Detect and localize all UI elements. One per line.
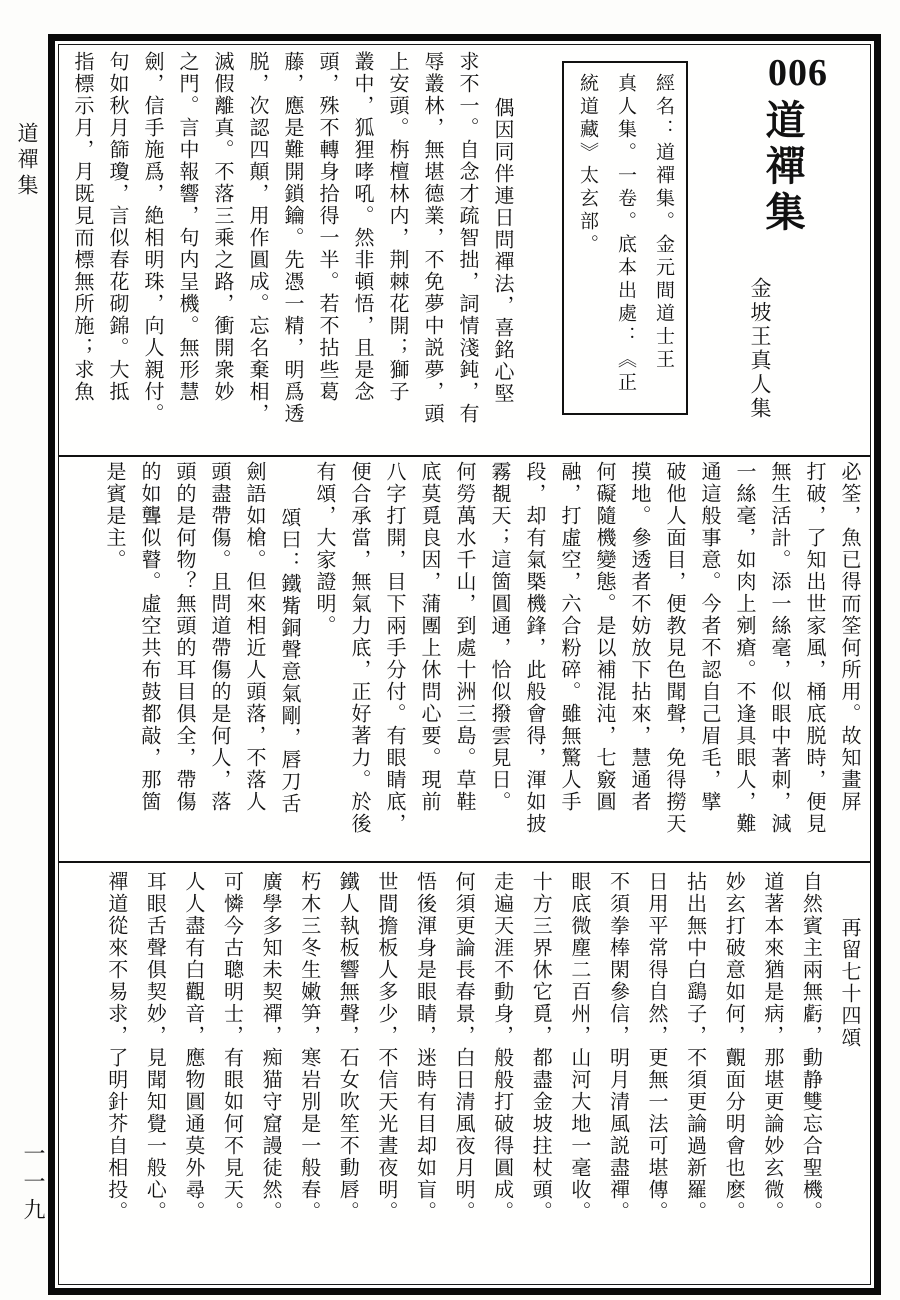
text-column: 再留七十四頌 [827,871,866,1255]
text-column: 廣學多知未契禪，痴猫守窟謾徒然。 [249,871,288,1255]
text-column: 指標示月，月既見而標無所施；求魚 [64,51,99,451]
text-column: 八字打開，目下兩手分付。有眼睛底， [376,461,411,861]
body-text-columns: 必筌，魚已得而筌何所用。故知畫屏打破，了知出世家風，桶底脱時，便見無生活計。添一… [94,461,866,861]
text-column: 摸地。參透者不妨放下拈來，慧通者 [621,461,656,861]
title-block: 006 道禪集 [762,51,834,237]
colophon-columns: 經名：道禪集。金元間道士王真人集。一卷。底本出處：《正統道藏》太玄部。 [568,73,682,403]
text-column: 頭的是何物？無頭的耳目俱全，帶傷 [166,461,201,861]
text-column: 脱，次認四顛，用作圓成。忘名棄相， [239,51,274,451]
text-column: 有頌，大家證明。 [306,461,341,861]
page-content: 006 道禪集 金坡王真人集 經名：道禪集。金元間道士王真人集。一卷。底本出處：… [59,45,870,1284]
text-column: 何勞萬水千山，到處十洲三島。草鞋 [446,461,481,861]
text-column: 打破，了知出世家風，桶底脱時，便見 [796,461,831,861]
text-column: 融，打虛空，六合粉碎。雖無驚人手 [551,461,586,861]
section-intro: 006 道禪集 金坡王真人集 經名：道禪集。金元間道士王真人集。一卷。底本出處：… [59,45,870,455]
text-column: 經名：道禪集。金元間道士王 [644,73,682,403]
text-column: 通這般事意。今者不認自己眉毛，擘 [691,461,726,861]
text-column: 破他人面目，便教見色聞聲，免得撈天 [656,461,691,861]
text-column: 走遍天涯不動身，般般打破得圓成。 [480,871,519,1255]
text-column: 的如聾似瞽。虛空共布鼓都敲，那箇 [131,461,166,861]
text-column: 禪道從來不易求，了明針芥自相投。 [94,871,133,1255]
text-column: 辱叢林，無堪德業，不免夢中説夢，頭 [414,51,449,451]
book-author: 金坡王真人集 [749,277,770,421]
section-body: 必筌，魚已得而筌何所用。故知畫屏打破，了知出世家風，桶底脱時，便見無生活計。添一… [59,455,870,861]
text-column: 求不一。自念才疏智拙，詞情淺鈍，有 [449,51,484,451]
text-column: 霧覩天；這箇圓通，恰似撥雲見日。 [481,461,516,861]
text-column: 無生活計。添一絲毫，似眼中著刺，減 [761,461,796,861]
text-column: 統道藏》太玄部。 [568,73,606,403]
text-column: 世間擔板人多少，不信天光晝夜明。 [364,871,403,1255]
text-column: 頭盡帶傷。且問道帶傷的是何人，落 [201,461,236,861]
text-column: 鐵人執板響無聲，石女吹笙不動唇。 [326,871,365,1255]
text-column: 劍，信手施爲，絶相明珠，向人親付。 [134,51,169,451]
text-column: 妙玄打破意如何，覿面分明會也麽。 [712,871,751,1255]
intro-text-columns: 偶因同伴連日問禪法，喜銘心堅求不一。自念才疏智拙，詞情淺鈍，有辱叢林，無堪德業，… [61,51,519,451]
book-title: 道禪集 [762,99,802,237]
text-column: 句如秋月篩瓊，言似春花砌錦。大抵 [99,51,134,451]
text-column: 頌曰：鐵觜銅聲意氣剛，唇刀舌 [271,461,306,861]
text-column: 段，却有氣槩機鋒，此般會得，渾如披 [516,461,551,861]
text-column: 可憐今古聰明士，有眼如何不見天。 [210,871,249,1255]
text-column: 朽木三冬生嫩笋，寒岩別是一般春。 [287,871,326,1255]
text-column: 底莫覓良因，蒲團上休問心要。現前 [411,461,446,861]
text-column: 必筌，魚已得而筌何所用。故知畫屏 [831,461,866,861]
text-column: 日用平常得自然，更無一法可堪傳。 [634,871,673,1255]
text-column: 拈出無中白鷂子，不須更論過新羅。 [673,871,712,1255]
book-number: 006 [762,51,834,95]
text-column: 自然賓主兩無虧，動静雙忘合聖機。 [789,871,828,1255]
text-column: 真人集。一卷。底本出處：《正 [606,73,644,403]
text-column: 眼底微塵二百州，山河大地一毫收。 [557,871,596,1255]
text-column: 道著本來猶是病，那堪更論妙玄微。 [750,871,789,1255]
text-column: 頭，殊不轉身拾得一半。若不拈些葛 [309,51,344,451]
text-column: 悟後渾身是眼睛，迷時有目却如盲。 [403,871,442,1255]
text-column: 不須拳棒閑參信，明月清風説盡禪。 [596,871,635,1255]
text-column: 便合承當，無氣力底，正好著力。於後 [341,461,376,861]
text-column: 上安頭。栴檀林内，荆棘花開；獅子 [379,51,414,451]
text-column: 人人盡有白觀音，應物圓通莫外尋。 [171,871,210,1255]
text-column: 是賓是主。 [96,461,131,861]
text-column: 之門。言中報響，句内呈機。無形慧 [169,51,204,451]
text-column: 何礙隨機變態。是以補混沌，七竅圓 [586,461,621,861]
margin-running-title: 道禪集 [16,122,37,200]
page-number: 一一九 [22,1142,44,1226]
text-column: 劍語如槍。但來相近人頭落，不落人 [236,461,271,861]
text-column: 藤，應是難開鎖鑰。先憑一精，明爲透 [274,51,309,451]
text-column: 滅假離真。不落三乘之路，衝開衆妙 [204,51,239,451]
text-column: 十方三界休它覓，都盡金坡拄杖頭。 [519,871,558,1255]
verse-text-columns: 再留七十四頌自然賓主兩無虧，動静雙忘合聖機。道著本來猶是病，那堪更論妙玄微。妙玄… [94,871,866,1255]
text-column: 叢中，狐狸哮吼。然非頓悟，且是念 [344,51,379,451]
text-column: 耳眼舌聲俱契妙，見聞知覺一般心。 [133,871,172,1255]
text-column: 偶因同伴連日問禪法，喜銘心堅 [484,51,519,451]
section-verses: 再留七十四頌自然賓主兩無虧，動静雙忘合聖機。道著本來猶是病，那堪更論妙玄微。妙玄… [59,861,870,1280]
text-column: 何須更論長春景，白日清風夜月明。 [441,871,480,1255]
colophon-box: 經名：道禪集。金元間道士王真人集。一卷。底本出處：《正統道藏》太玄部。 [562,61,688,415]
text-column: 一絲毫，如肉上剜瘡。不逢具眼人，難 [726,461,761,861]
